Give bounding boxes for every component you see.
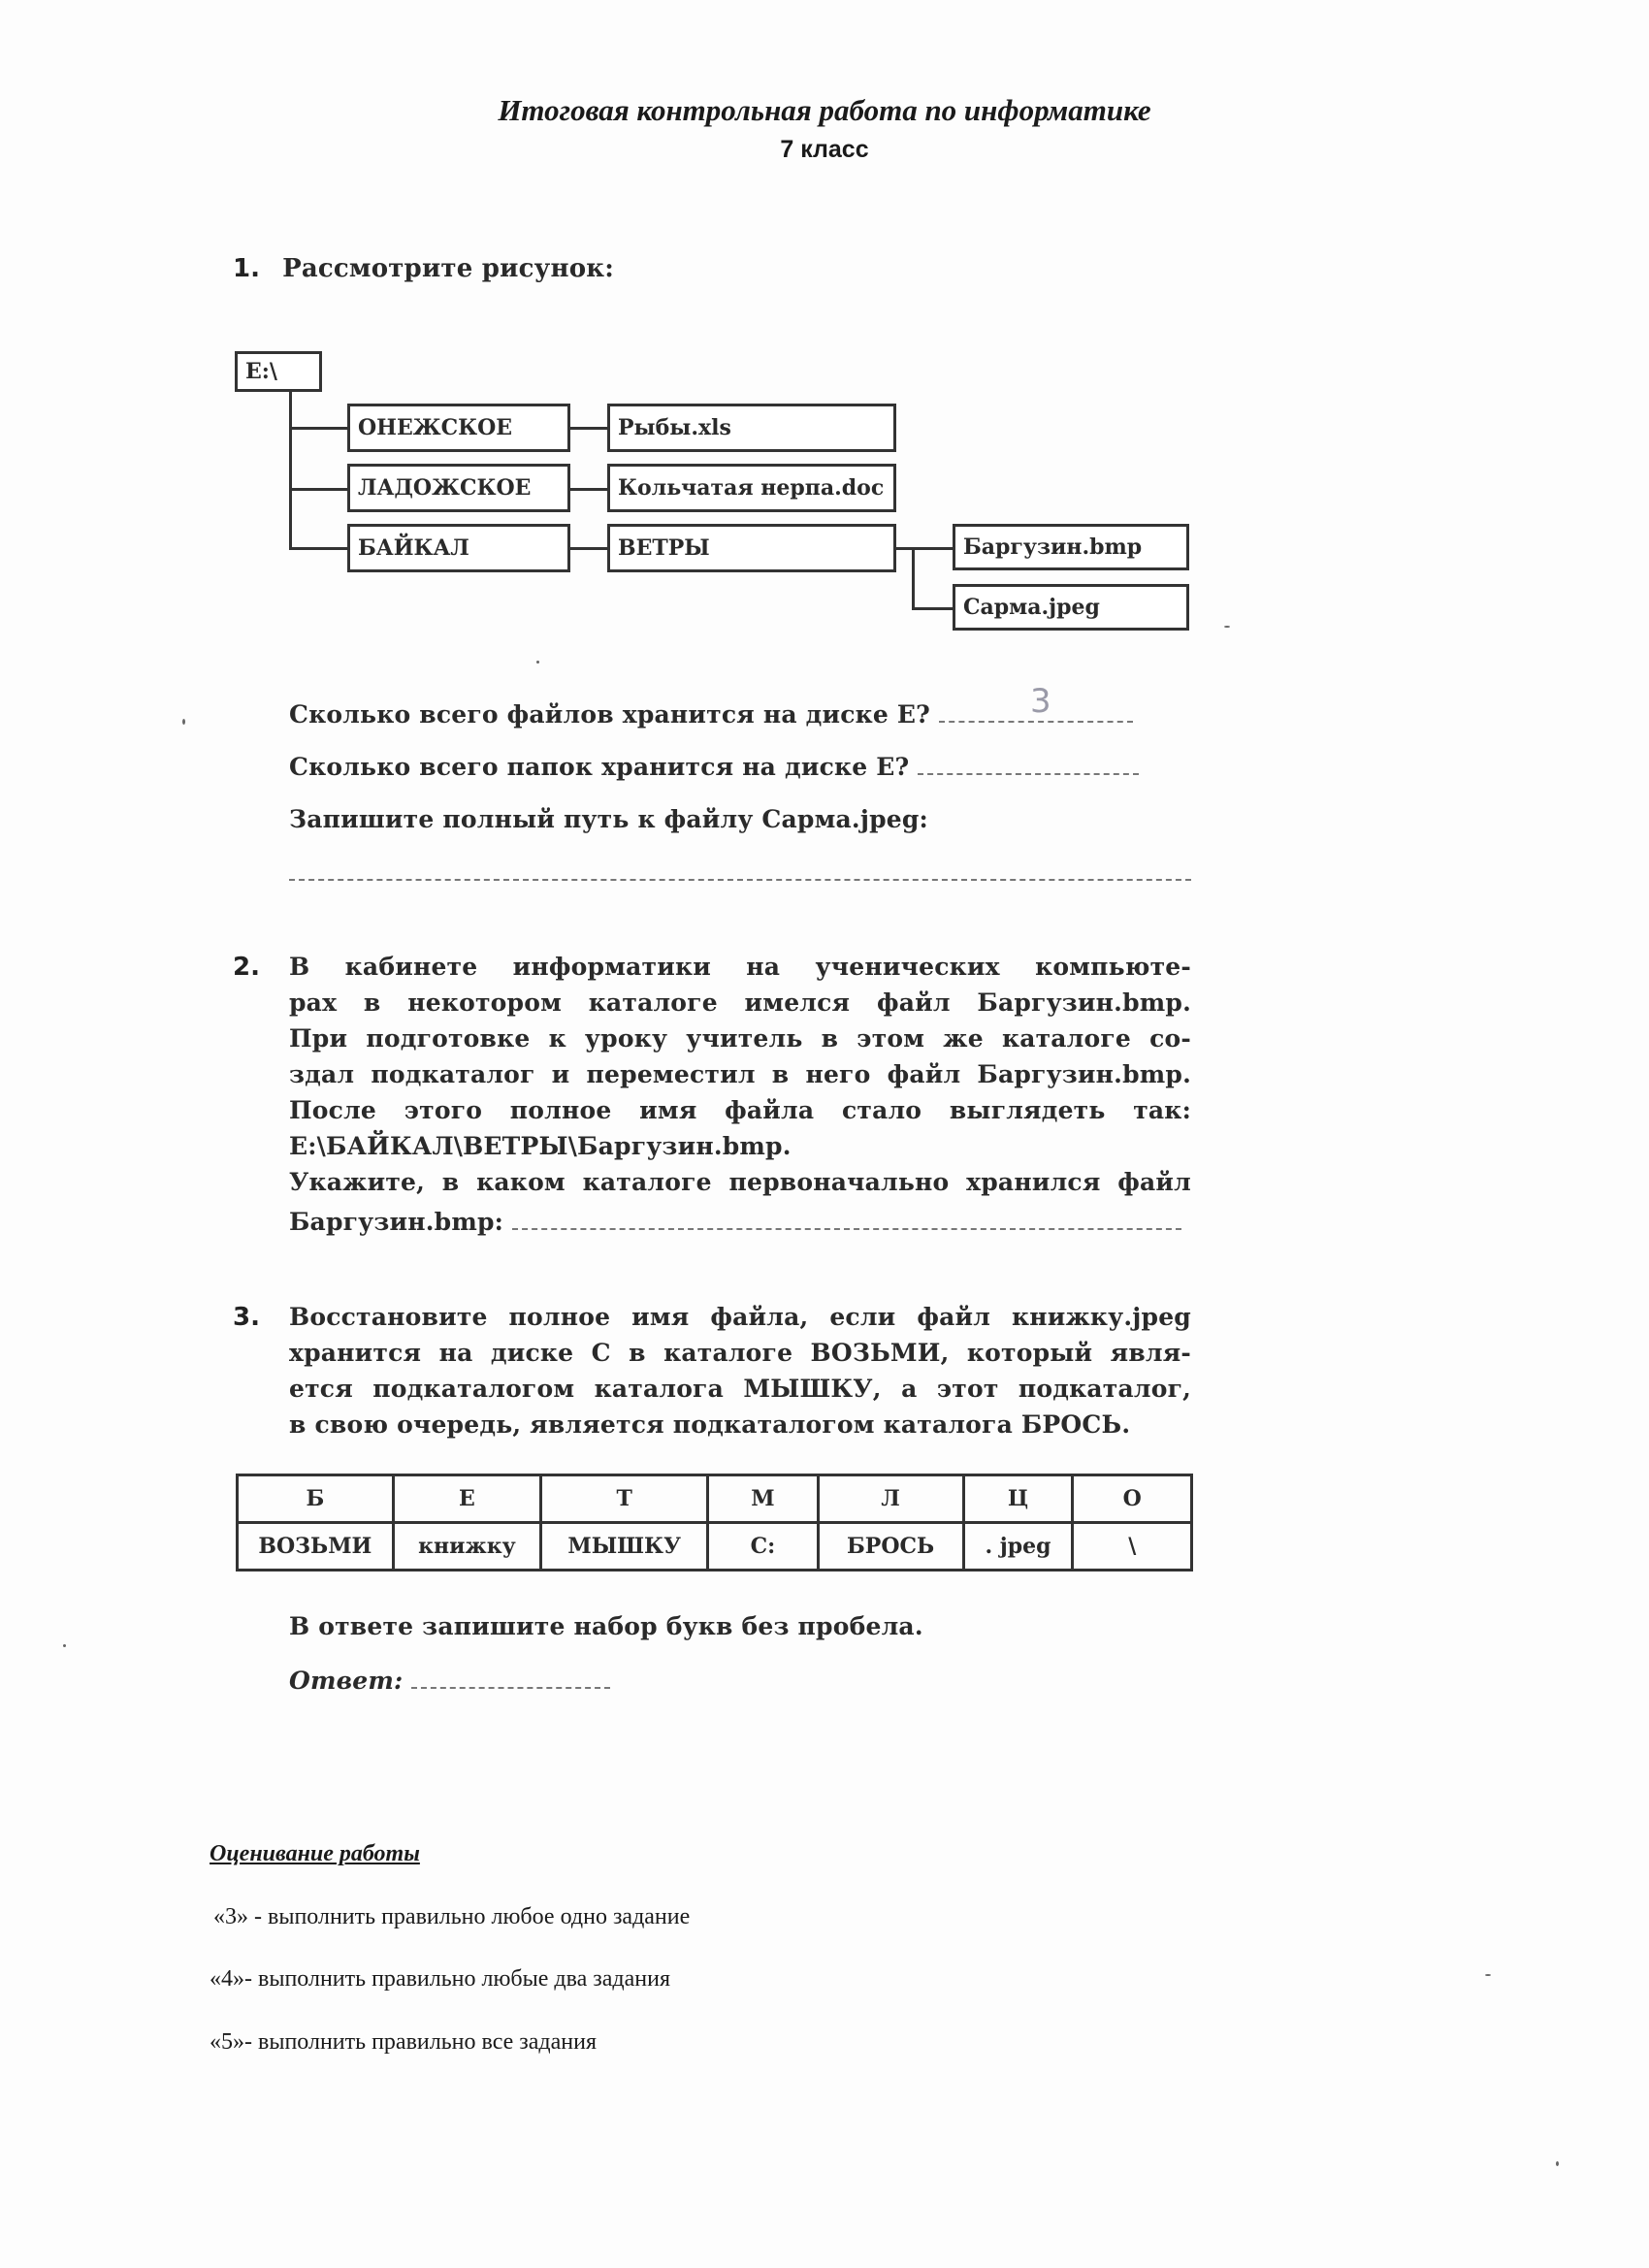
tree-branch-line [289,488,349,491]
answer-label: Баргузин.bmp: [289,1208,503,1236]
table-cell-letter: М [708,1475,818,1523]
scan-speck [536,661,539,664]
task1-number: 1. [233,254,260,283]
tree-root-box: E:\ [235,351,322,392]
tree-trunk-line [289,392,292,549]
table-row-parts: ВОЗЬМИ книжку МЫШКУ С: БРОСЬ . jpeg \ [238,1523,1192,1571]
file-label: Сарма.jpeg [963,595,1100,620]
table-cell-letter: Б [238,1475,394,1523]
tree-connector-line [896,547,954,550]
task2-line: Укажите, в каком каталоге первоначально … [289,1164,1191,1200]
tree-folder-box: ВЕТРЫ [607,524,896,572]
tree-branch-line [289,427,349,430]
task3-instruction: В ответе запишите набор букв без пробела… [289,1612,923,1640]
task3-number: 3. [233,1303,260,1332]
folder-label: БАЙКАЛ [358,535,469,561]
task1-question-path: Запишите полный путь к файлу Сарма.jpeg: [289,805,928,833]
question-text: Сколько всего папок хранится на диске E? [289,753,909,781]
grading-item: «5»- выполнить правильно все задания [210,2029,597,2056]
table-cell-letter: Т [541,1475,708,1523]
file-label: Баргузин.bmp [963,535,1142,560]
document-title: Итоговая контрольная работа по информати… [0,93,1649,128]
table-cell-letter: Ц [963,1475,1073,1523]
table-cell-part: С: [708,1523,818,1571]
tree-file-box: Сарма.jpeg [953,584,1189,631]
scan-speck [63,1644,66,1647]
table-cell-part: ВОЗЬМИ [238,1523,394,1571]
grading-title: Оценивание работы [210,1841,420,1867]
question-text: Сколько всего файлов хранится на диске E… [289,700,930,729]
table-cell-letter: О [1073,1475,1192,1523]
scan-speck [1485,1974,1491,1976]
table-row-letters: Б Е Т М Л Ц О [238,1475,1192,1523]
scan-speck [182,719,185,725]
answer-blank-letters[interactable] [411,1687,610,1689]
tree-root-label: E:\ [245,359,277,384]
tree-file-box: Баргузин.bmp [953,524,1189,570]
task1-heading-text: Рассмотрите рисунок: [282,254,614,283]
tree-file-box: Кольчатая нерпа.doc [607,464,896,512]
task2-answer-line: Баргузин.bmp: [289,1204,1191,1240]
task2-line: При подготовке к уроку учитель в этом же… [289,1021,1191,1056]
tree-connector-line [912,547,915,609]
tree-connector-line [570,547,609,550]
file-label: Рыбы.xls [618,415,731,440]
scan-speck [1556,2161,1559,2166]
task2-line: рах в некотором каталоге имелся файл Бар… [289,985,1191,1021]
grade-label: 7 класс [0,136,1649,164]
table-cell-part: . jpeg [963,1523,1073,1571]
letter-code-table: Б Е Т М Л Ц О ВОЗЬМИ книжку МЫШКУ С: БРО… [236,1474,1193,1571]
tree-connector-line [912,607,954,610]
handwritten-answer: 3 [1030,682,1051,721]
tree-connector-line [570,427,609,430]
task3-answer-line: Ответ: [289,1667,610,1695]
folder-label: ОНЕЖСКОЕ [358,415,512,440]
task3-line: Восстановите полное имя файла, если файл… [289,1299,1191,1335]
answer-blank-folders[interactable] [918,773,1139,775]
table-cell-part: БРОСЬ [818,1523,963,1571]
answer-blank-path[interactable] [289,879,1191,881]
task2-line: В кабинете информатики на ученических ко… [289,949,1191,985]
tree-folder-box: БАЙКАЛ [347,524,570,572]
task3-line: хранится на диске С в каталоге ВОЗЬМИ, к… [289,1335,1191,1371]
table-cell-part: \ [1073,1523,1192,1571]
task1-heading: 1. Рассмотрите рисунок: [233,254,614,283]
file-label: Кольчатая нерпа.doc [618,475,884,501]
tree-connector-line [570,488,609,491]
folder-label: ЛАДОЖСКОЕ [358,475,531,501]
task1-question-files: Сколько всего файлов хранится на диске E… [289,700,1133,729]
scan-speck [1224,626,1230,628]
grading-item: «4»- выполнить правильно любые два задан… [210,1966,670,1993]
grading-item: «3» - выполнить правильно любое одно зад… [213,1904,690,1930]
task2-number: 2. [233,953,260,982]
question-text: Запишите полный путь к файлу Сарма.jpeg: [289,805,928,833]
folder-label: ВЕТРЫ [618,535,710,561]
task1-question-folders: Сколько всего папок хранится на диске E? [289,753,1139,781]
task2-line: здал подкаталог и переместил в него файл… [289,1056,1191,1092]
tree-folder-box: ЛАДОЖСКОЕ [347,464,570,512]
table-cell-part: МЫШКУ [541,1523,708,1571]
tree-file-box: Рыбы.xls [607,404,896,452]
tree-branch-line [289,547,349,550]
answer-blank-original-folder[interactable] [512,1228,1181,1230]
answer-blank-files[interactable] [939,721,1133,723]
task3-line: в свою очередь, является подкаталогом ка… [289,1407,1191,1442]
task2-line: E:\БАЙКАЛ\ВЕТРЫ\Баргузин.bmp. [289,1128,1191,1164]
task3-text: Восстановите полное имя файла, если файл… [289,1299,1191,1442]
table-cell-letter: Е [393,1475,540,1523]
task2-text: В кабинете информатики на ученических ко… [289,949,1191,1240]
task2-line: После этого полное имя файла стало выгля… [289,1092,1191,1128]
tree-folder-box: ОНЕЖСКОЕ [347,404,570,452]
table-cell-letter: Л [818,1475,963,1523]
table-cell-part: книжку [393,1523,540,1571]
task3-line: ется подкаталогом каталога МЫШКУ, а этот… [289,1371,1191,1407]
answer-label: Ответ: [289,1667,403,1695]
